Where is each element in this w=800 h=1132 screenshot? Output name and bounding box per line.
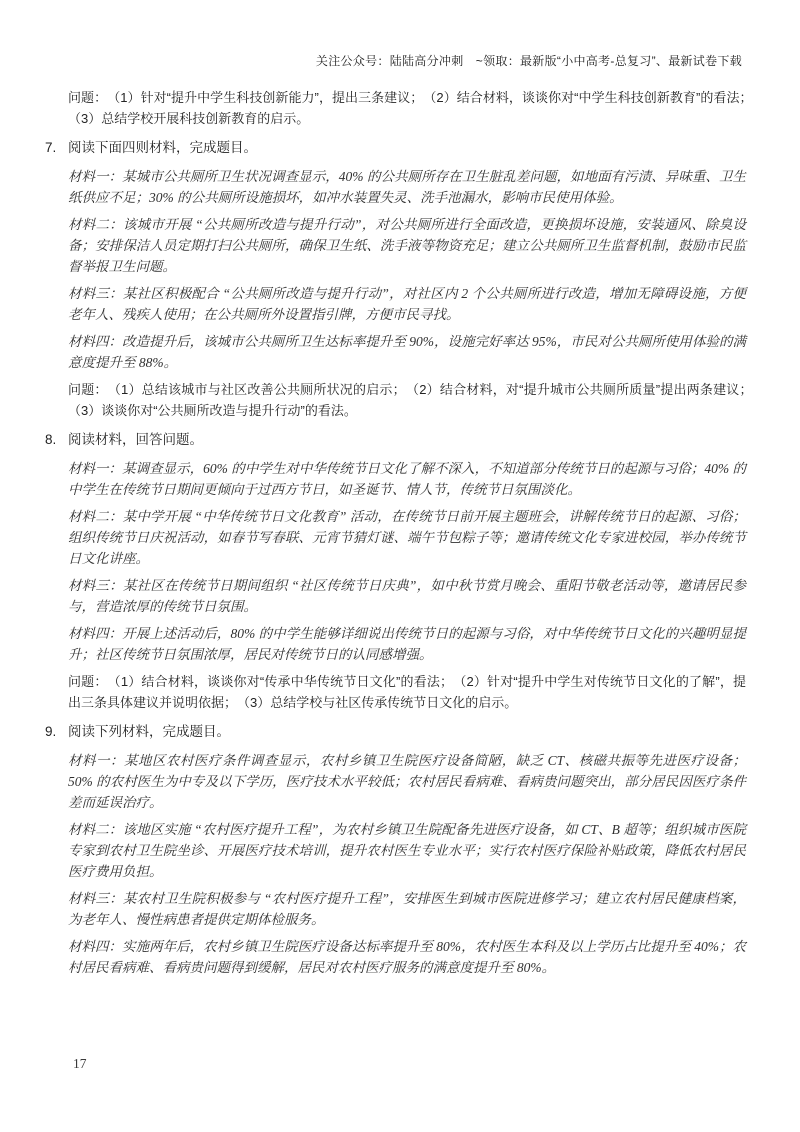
question-9-number: 9. [45,721,68,742]
question-9-material-3: 材料三：某农村卫生院积极参与 “农村医疗提升工程”，安排医生到城市医院进修学习；… [68,888,746,930]
question-8-prompt: 阅读材料，回答问题。 [68,432,203,447]
question-8-problem-paragraph: 问题： （1）结合材料，谈谈你对“传承中华传统节日文化”的看法； （2）针对“提… [68,671,746,713]
question-9-material-2: 材料二：该地区实施 “农村医疗提升工程”，为农村乡镇卫生院配备先进医疗设备，如 … [68,819,746,882]
question-7: 7.阅读下面四则材料，完成题目。 材料一：某城市公共厕所卫生状况调查显示，40%… [68,137,746,421]
question-8: 8.阅读材料，回答问题。 材料一：某调查显示，60% 的中学生对中华传统节日文化… [68,429,746,713]
page-header: 关注公众号：陆陆高分冲刺 ~领取：最新版“小中高考-总复习”、最新试卷下载 [0,54,742,69]
question-9: 9.阅读下列材料，完成题目。 材料一：某地区农村医疗条件调查显示，农村乡镇卫生院… [68,721,746,978]
document-content: 问题： （1）针对“提升中学生科技创新能力”，提出三条建议； （2）结合材料，谈… [68,87,746,984]
question-7-material-2: 材料二：该城市开展 “公共厕所改造与提升行动”，对公共厕所进行全面改造，更换损坏… [68,214,746,277]
question-9-material-4: 材料四：实施两年后，农村乡镇卫生院医疗设备达标率提升至 80%，农村医生本科及以… [68,936,746,978]
question-7-material-4: 材料四：改造提升后，该城市公共厕所卫生达标率提升至 90%，设施完好率达 95%… [68,331,746,373]
public-account-notice: 关注公众号：陆陆高分冲刺 ~领取：最新版“小中高考-总复习”、最新试卷下载 [316,54,742,68]
question-9-prompt: 阅读下列材料，完成题目。 [68,724,230,739]
question-7-number: 7. [45,137,68,158]
question-8-material-2: 材料二：某中学开展 “中华传统节日文化教育” 活动，在传统节日前开展主题班会，讲… [68,506,746,569]
page-number: 17 [73,1056,87,1072]
question-8-heading: 8.阅读材料，回答问题。 [68,429,746,450]
question-8-material-4: 材料四：开展上述活动后，80% 的中学生能够详细说出传统节日的起源与习俗，对中华… [68,623,746,665]
question-9-heading: 9.阅读下列材料，完成题目。 [68,721,746,742]
question-9-material-1: 材料一：某地区农村医疗条件调查显示，农村乡镇卫生院医疗设备简陋，缺乏 CT、核磁… [68,750,746,813]
question-8-number: 8. [45,429,68,450]
document-page: 关注公众号：陆陆高分冲刺 ~领取：最新版“小中高考-总复习”、最新试卷下载 问题… [0,0,800,1132]
question-7-material-3: 材料三：某社区积极配合 “公共厕所改造与提升行动”，对社区内 2 个公共厕所进行… [68,283,746,325]
question-8-material-3: 材料三：某社区在传统节日期间组织 “社区传统节日庆典”，如中秋节赏月晚会、重阳节… [68,575,746,617]
question-7-material-1: 材料一：某城市公共厕所卫生状况调查显示，40% 的公共厕所存在卫生脏乱差问题，如… [68,166,746,208]
question-7-heading: 7.阅读下面四则材料，完成题目。 [68,137,746,158]
intro-problem-paragraph: 问题： （1）针对“提升中学生科技创新能力”，提出三条建议； （2）结合材料，谈… [68,87,746,129]
question-7-problem-paragraph: 问题： （1）总结该城市与社区改善公共厕所状况的启示； （2）结合材料，对“提升… [68,379,746,421]
question-8-material-1: 材料一：某调查显示，60% 的中学生对中华传统节日文化了解不深入，不知道部分传统… [68,458,746,500]
question-7-prompt: 阅读下面四则材料，完成题目。 [68,140,257,155]
